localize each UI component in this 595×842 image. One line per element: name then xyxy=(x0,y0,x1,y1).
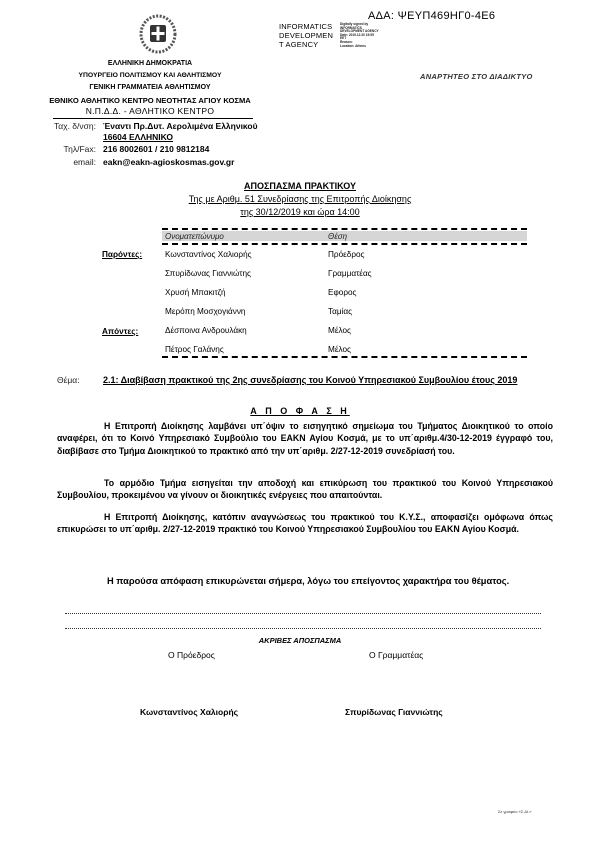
header-line-ministry: ΥΠΟΥΡΓΕΙΟ ΠΟΛΙΤΙΣΜΟΥ ΚΑΙ ΑΘΛΗΤΙΣΜΟΥ xyxy=(20,72,280,79)
member-name: Κωνσταντίνος Χαλιορής xyxy=(165,250,252,259)
dotted-line xyxy=(65,613,541,614)
subject-text: 2.1: Διαβίβαση πρακτικού της 2ης συνεδρί… xyxy=(103,375,553,386)
table-top-rule xyxy=(162,228,527,230)
present-label: Παρόντες: xyxy=(102,250,142,259)
header-line-republic: ΕΛΛΗΝΙΚΗ ΔΗΜΟΚΡΑΤΙΑ xyxy=(20,60,280,67)
signature-line: DEVELOPMEN xyxy=(279,31,333,40)
address-line-2: 16604 ΕΛΛΗΝΙΚΟ xyxy=(103,132,173,142)
dotted-line xyxy=(65,628,541,629)
address-label: Ταχ. δ/νση: xyxy=(30,121,96,131)
member-name: Πέτρος Γαλάνης xyxy=(165,345,224,354)
meeting-datetime: της 30/12/2019 και ώρα 14:00 xyxy=(100,207,500,217)
secretary-name: Σπυρίδωνας Γιαννιώτης xyxy=(345,707,443,717)
member-position: Μέλος xyxy=(328,345,351,354)
member-name: Χρυσή Μπακιτζή xyxy=(165,288,226,297)
accurate-copy-label: ΑΚΡΙΒΕΣ ΑΠΟΣΠΑΣΜΑ xyxy=(150,636,450,645)
phone-value: 216 8002601 / 210 9812184 xyxy=(103,144,209,154)
member-position: Ταμίας xyxy=(328,307,352,316)
signature-detail: Location: Athens xyxy=(340,45,400,49)
footer-note: Σε γραφείο «Σ.ΔΙ.» xyxy=(498,809,531,814)
subject-label: Θέμα: xyxy=(57,375,80,385)
digital-signature-label: INFORMATICS DEVELOPMEN T AGENCY xyxy=(279,22,333,49)
greek-coat-of-arms-icon xyxy=(139,14,177,54)
signature-line: INFORMATICS xyxy=(279,22,333,31)
president-role: Ο Πρόεδρος xyxy=(168,650,215,660)
table-header-rule xyxy=(162,243,527,245)
header-line-entity-type: Ν.Π.Δ.Δ. - ΑΘΛΗΤΙΚΟ ΚΕΝΤΡΟ xyxy=(20,106,280,116)
secretary-role: Ο Γραμματέας xyxy=(369,650,423,660)
urgency-paragraph: Η παρούσα απόφαση επικυρώνεται σήμερα, λ… xyxy=(57,575,553,588)
member-name: Σπυρίδωνας Γιαννιώτης xyxy=(165,269,251,278)
absent-label: Απόντες: xyxy=(102,327,138,336)
decision-paragraph: Το αρμόδιο Τμήμα εισηγείται την αποδοχή … xyxy=(57,477,553,502)
email-value[interactable]: eakn@eakn-agioskosmas.gov.gr xyxy=(103,157,234,167)
address-line-1: Έναντι Πρ.Δυτ. Αερολιμένα Ελληνικού xyxy=(103,121,258,131)
signature-line: T AGENCY xyxy=(279,40,333,49)
header-divider xyxy=(53,118,253,119)
digital-signature-details: Digitally signed by INFORMATICS DEVELOPM… xyxy=(340,23,400,48)
member-position: Πρόεδρος xyxy=(328,250,365,259)
member-position: Γραμματέας xyxy=(328,269,372,278)
table-header-bg xyxy=(325,231,527,241)
decision-paragraph: Η Επιτροπή Διοίκησης, κατόπιν αναγνώσεως… xyxy=(57,511,553,536)
email-label: email: xyxy=(30,157,96,167)
meeting-number: Της με Αριθμ. 51 Συνεδρίασης της Επιτροπ… xyxy=(100,194,500,204)
president-name: Κωνσταντίνος Χαλιορής xyxy=(140,707,238,717)
member-name: Μερόπη Μοσχογιάννη xyxy=(165,307,246,316)
decision-paragraph: Η Επιτροπή Διοίκησης λαμβάνει υπ΄όψιν το… xyxy=(57,420,553,457)
table-bottom-rule xyxy=(162,356,527,358)
column-header-position: Θέση xyxy=(328,232,347,241)
member-position: Εφορος xyxy=(328,288,356,297)
member-position: Μέλος xyxy=(328,326,351,335)
ada-code: ΑΔΑ: ΨΕΥΠ469ΗΓ0-4Ε6 xyxy=(368,10,495,22)
document-title: ΑΠΟΣΠΑΣΜΑ ΠΡΑΚΤΙΚΟΥ xyxy=(100,181,500,191)
publish-online-note: ΑΝΑΡΤΗΤΕΟ ΣΤΟ ΔΙΑΔΙΚΤΥΟ xyxy=(420,72,533,81)
column-header-name: Ονοματεπώνυμο xyxy=(165,232,224,241)
header-line-center: ΕΘΝΙΚΟ ΑΘΛΗΤΙΚΟ ΚΕΝΤΡΟ ΝΕΟΤΗΤΑΣ ΑΓΙΟΥ ΚΟ… xyxy=(20,96,280,105)
phone-label: Τηλ/Fax: xyxy=(30,144,96,154)
member-name: Δέσποινα Ανδρουλάκη xyxy=(165,326,247,335)
decision-heading: Α Π Ο Φ Α Σ Η xyxy=(100,406,500,416)
header-line-secretariat: ΓΕΝΙΚΗ ΓΡΑΜΜΑΤΕΙΑ ΑΘΛΗΤΙΣΜΟΥ xyxy=(20,84,280,91)
